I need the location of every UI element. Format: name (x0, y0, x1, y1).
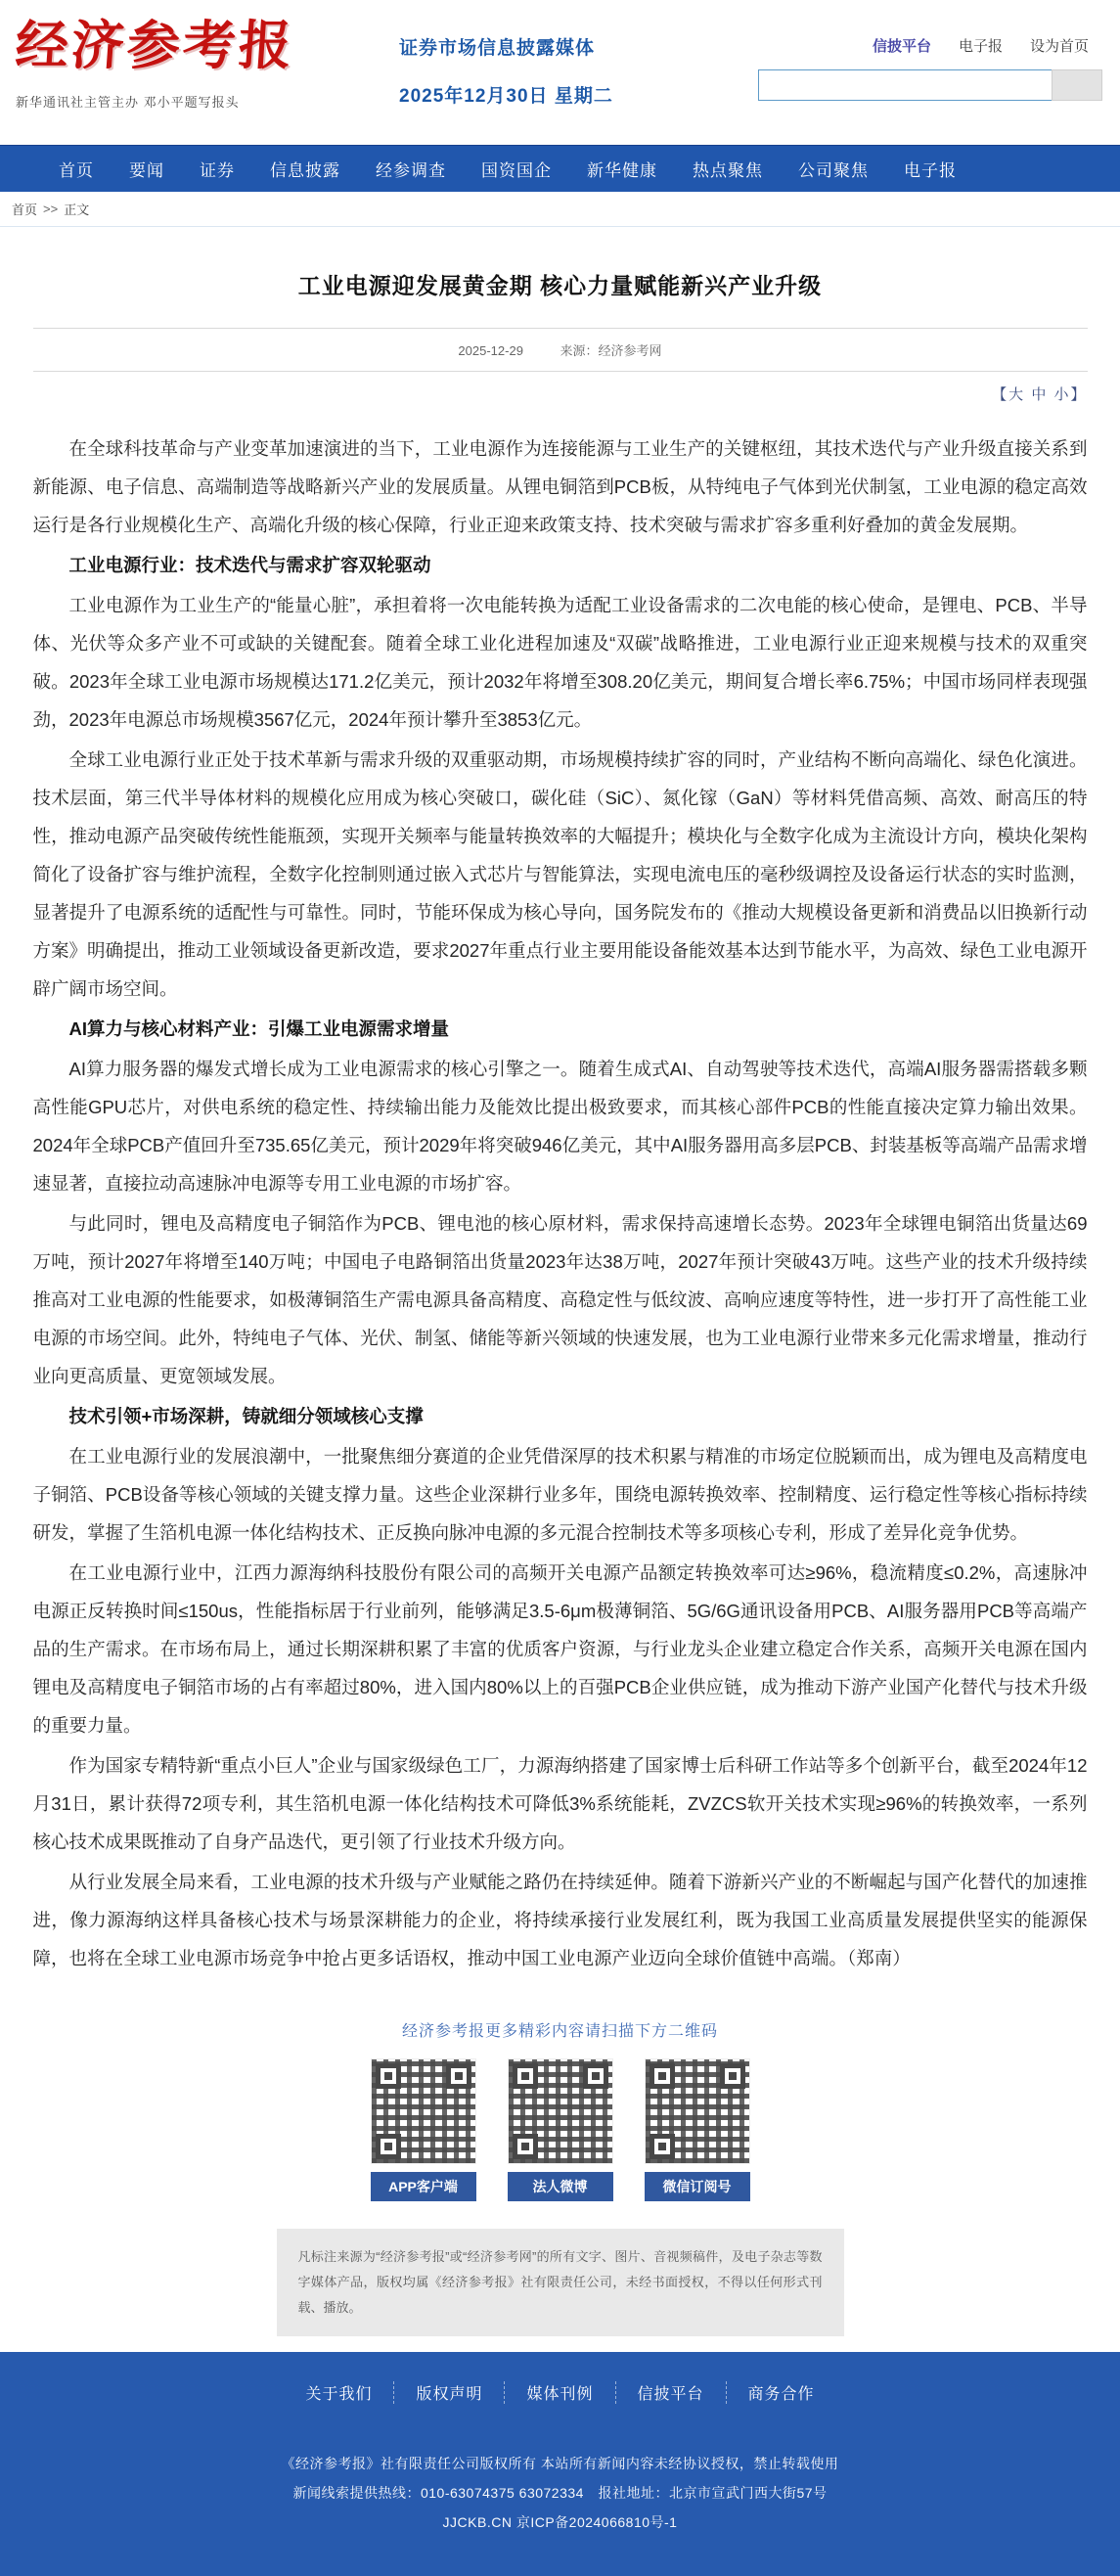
footer-link[interactable]: 信披平台 (616, 2381, 727, 2404)
article-paragraph: 工业电源行业：技术迭代与需求扩容双轮驱动 (33, 546, 1088, 584)
nav-item[interactable]: 首页 (59, 157, 94, 181)
qr-card: 微信订阅号 (645, 2058, 750, 2201)
article-paragraph: AI算力服务器的爆发式增长成为工业电源需求的核心引擎之一。随着生成式AI、自动驾… (33, 1050, 1088, 1202)
site-slogan: 证券市场信息披露媒体 (399, 33, 613, 60)
article-paragraph: 与此同时，锂电及高精度电子铜箔作为PCB、锂电池的核心原材料，需求保持高速增长态… (33, 1204, 1088, 1395)
article-meta: 2025-12-29 来源：经济参考网 (33, 329, 1088, 371)
header-date: 2025年12月30日 星期二 (399, 81, 613, 108)
footer-link[interactable]: 媒体刊例 (505, 2381, 615, 2404)
qr-code-image (371, 2058, 476, 2164)
page-title: 工业电源迎发展黄金期 核心力量赋能新兴产业升级 (33, 268, 1088, 300)
font-size-control[interactable]: 【大 中 小】 (992, 384, 1087, 404)
footer-link[interactable]: 版权声明 (394, 2381, 505, 2404)
qr-label[interactable]: APP客户端 (371, 2172, 476, 2201)
search-input[interactable] (758, 69, 1052, 101)
breadcrumb: 首页 >> 正文 (0, 192, 1120, 227)
nav-item[interactable]: 电子报 (904, 157, 957, 181)
article-body: 在全球科技革命与产业变革加速演进的当下，工业电源作为连接能源与工业生产的关键枢纽… (33, 429, 1088, 1977)
article-paragraph: 在工业电源行业的发展浪潮中，一批聚焦细分赛道的企业凭借深厚的技术积累与精准的市场… (33, 1437, 1088, 1552)
logo-tagline: 新华通讯社主管主办 邓小平题写报头 (16, 92, 348, 111)
article-paragraph: 技术引领+市场深耕，铸就细分领域核心支撑 (33, 1397, 1088, 1435)
qr-code-image (645, 2058, 750, 2164)
header-link[interactable]: 信披平台 (859, 35, 945, 56)
qr-finder-icon (650, 2134, 675, 2159)
breadcrumb-current: 正文 (64, 200, 89, 218)
footer-line1: 《经济参考报》社有限责任公司版权所有 本站所有新闻内容未经协议授权，禁止转载使用 (0, 2449, 1120, 2478)
article-paragraph: 在工业电源行业中，江西力源海纳科技股份有限公司的高频开关电源产品额定转换效率可达… (33, 1554, 1088, 1744)
qr-finder-icon (446, 2063, 471, 2089)
copyright-notice: 凡标注来源为“经济参考报”或“经济参考网”的所有文字、图片、音视频稿件，及电子杂… (277, 2229, 844, 2336)
qr-finder-icon (376, 2134, 401, 2159)
nav-item[interactable]: 公司聚焦 (798, 157, 869, 181)
footer-copyright: 《经济参考报》社有限责任公司版权所有 本站所有新闻内容未经协议授权，禁止转载使用… (0, 2449, 1120, 2537)
article-paragraph: 作为国家专精特新“重点小巨人”企业与国家级绿色工厂，力源海纳搭建了国家博士后科研… (33, 1746, 1088, 1861)
article-source: 来源：经济参考网 (560, 343, 662, 358)
article-paragraph: AI算力与核心材料产业：引爆工业电源需求增量 (33, 1010, 1088, 1048)
nav-item[interactable]: 经参调查 (376, 157, 446, 181)
qr-finder-icon (583, 2063, 608, 2089)
footer-link[interactable]: 关于我们 (284, 2381, 394, 2404)
nav-item[interactable]: 要闻 (129, 157, 164, 181)
nav-item[interactable]: 新华健康 (587, 157, 657, 181)
nav-item[interactable]: 信息披露 (270, 157, 340, 181)
footer-line2: 新闻线索提供热线：010-63074375 63072334 报社地址：北京市宣… (0, 2478, 1120, 2508)
qr-finder-icon (513, 2063, 538, 2089)
article-paragraph: 从行业发展全局来看，工业电源的技术升级与产业赋能之路仍在持续延伸。随着下游新兴产… (33, 1863, 1088, 1977)
article-paragraph: 在全球科技革命与产业变革加速演进的当下，工业电源作为连接能源与工业生产的关键枢纽… (33, 429, 1088, 544)
search-button[interactable] (1052, 69, 1102, 101)
article-date: 2025-12-29 (458, 343, 523, 358)
footer-link[interactable]: 商务合作 (727, 2381, 836, 2404)
qr-finder-icon (720, 2063, 745, 2089)
nav-item[interactable]: 热点聚焦 (693, 157, 763, 181)
article-container: 工业电源迎发展黄金期 核心力量赋能新兴产业升级 2025-12-29 来源：经济… (33, 268, 1088, 2336)
qr-code-image (508, 2058, 613, 2164)
site-logo[interactable]: 经济参考报 (14, 14, 350, 76)
site-header: 经济参考报 新华通讯社主管主办 邓小平题写报头 证券市场信息披露媒体 2025年… (0, 0, 1120, 145)
qr-section: 经济参考报更多精彩内容请扫描下方二维码 APP客户端 (33, 2018, 1088, 2201)
qr-finder-icon (650, 2063, 675, 2089)
article-paragraph: 工业电源作为工业生产的“能量心脏”，承担着将一次电能转换为适配工业设备需求的二次… (33, 586, 1088, 739)
footer-line3: JJCKB.CN 京ICP备2024066810号-1 (0, 2508, 1120, 2537)
breadcrumb-separator: >> (43, 202, 58, 216)
qr-label[interactable]: 微信订阅号 (645, 2172, 750, 2201)
header-link[interactable]: 电子报 (945, 35, 1016, 56)
footer-links: 关于我们 版权声明 媒体刊例 信披平台 商务合作 (0, 2381, 1120, 2404)
article-paragraph: 全球工业电源行业正处于技术革新与需求升级的双重驱动期，市场规模持续扩容的同时，产… (33, 741, 1088, 1008)
qr-card: APP客户端 (371, 2058, 476, 2201)
qr-row: APP客户端 法人微博 (33, 2058, 1088, 2201)
qr-label[interactable]: 法人微博 (508, 2172, 613, 2201)
header-links: 信披平台 电子报 设为首页 (859, 35, 1102, 56)
qr-finder-icon (513, 2134, 538, 2159)
main-nav: 首页 要闻 证券 信息披露 经参调查 国资国企 新华健康 热点聚焦 公司聚焦 电… (0, 145, 1120, 192)
qr-finder-icon (376, 2063, 401, 2089)
breadcrumb-home[interactable]: 首页 (12, 200, 37, 218)
nav-item[interactable]: 国资国企 (481, 157, 552, 181)
qr-card: 法人微博 (508, 2058, 613, 2201)
qr-section-title: 经济参考报更多精彩内容请扫描下方二维码 (33, 2018, 1088, 2041)
header-link[interactable]: 设为首页 (1016, 35, 1102, 56)
site-footer: 关于我们 版权声明 媒体刊例 信披平台 商务合作 《经济参考报》社有限责任公司版… (0, 2352, 1120, 2576)
nav-item[interactable]: 证券 (200, 157, 235, 181)
